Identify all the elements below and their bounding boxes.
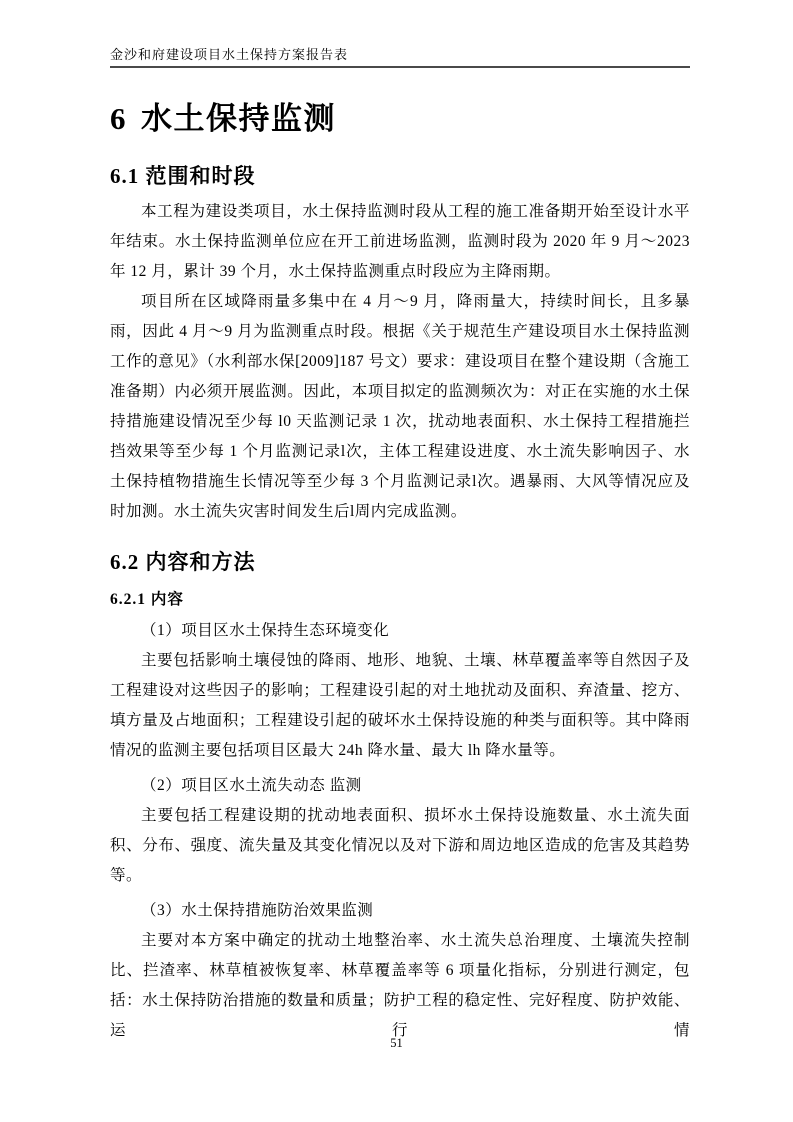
subsection-6-2-1-heading: 6.2.1 内容 <box>110 589 690 611</box>
section-6-1-paragraph-1: 本工程为建设类项目，水土保持监测时段从工程的施工准备期开始至设计水平年结束。水土… <box>110 197 690 287</box>
list-item-3-title: （3）水土保持措施防治效果监测 <box>110 896 690 926</box>
section-6-2-heading: 6.2 内容和方法 <box>110 549 690 576</box>
list-item-3-paragraph: 主要对本方案中确定的扰动土地整治率、水土流失总治理度、土壤流失控制比、拦渣率、林… <box>110 926 690 1046</box>
page-content: 金沙和府建设项目水土保持方案报告表 6水土保持监测 6.1 范围和时段 本工程为… <box>110 0 690 1046</box>
chapter-number: 6 <box>110 101 127 136</box>
section-6-1-paragraph-2: 项目所在区域降雨量多集中在 4 月～9 月，降雨量大，持续时间长，且多暴雨，因此… <box>110 287 690 527</box>
section-6-1-heading: 6.1 范围和时段 <box>110 163 690 190</box>
page-footer: 51 <box>0 1035 793 1051</box>
list-item-2-title: （2）项目区水土流失动态 监测 <box>110 771 690 801</box>
list-item-2-paragraph: 主要包括工程建设期的扰动地表面积、损坏水土保持设施数量、水土流失面积、分布、强度… <box>110 801 690 891</box>
running-header-title: 金沙和府建设项目水土保持方案报告表 <box>110 47 348 62</box>
section-6-2: 6.2 内容和方法 6.2.1 内容 （1）项目区水土保持生态环境变化 主要包括… <box>110 549 690 1046</box>
document-page: 金沙和府建设项目水土保持方案报告表 6水土保持监测 6.1 范围和时段 本工程为… <box>0 0 793 1122</box>
list-item-1-paragraph: 主要包括影响土壤侵蚀的降雨、地形、地貌、土壤、林草覆盖率等自然因子及工程建设对这… <box>110 646 690 766</box>
section-6-1: 6.1 范围和时段 本工程为建设类项目，水土保持监测时段从工程的施工准备期开始至… <box>110 163 690 527</box>
running-header: 金沙和府建设项目水土保持方案报告表 <box>110 0 690 68</box>
chapter-heading: 6水土保持监测 <box>110 100 690 138</box>
chapter-title: 水土保持监测 <box>141 101 336 136</box>
list-item-1-title: （1）项目区水土保持生态环境变化 <box>110 616 690 646</box>
page-number: 51 <box>390 1036 403 1050</box>
